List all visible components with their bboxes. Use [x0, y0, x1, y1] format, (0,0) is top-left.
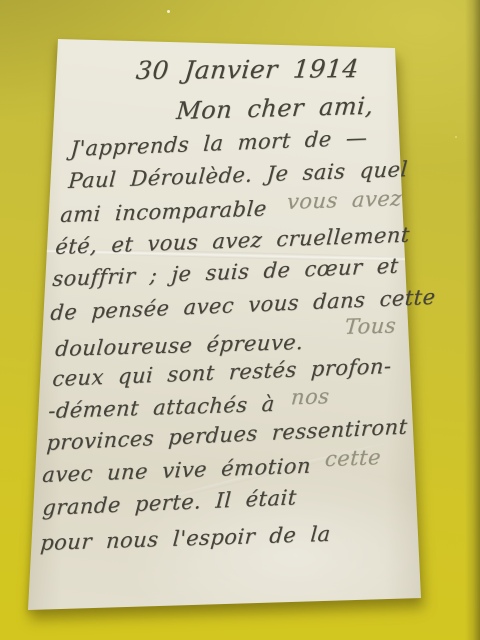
letter-date: 30 Janvier 1914 — [136, 54, 359, 85]
ink-word: avec une vive émotion — [42, 454, 312, 487]
ink-word: ami incomparable — [59, 196, 267, 227]
ink-word: grande perte. Il était — [42, 485, 298, 520]
pencil-word: nos — [290, 384, 330, 409]
ink-word: Mon cher ami, — [175, 92, 374, 125]
photo-of-handwritten-letter: 30 Janvier 1914 Mon cher ami, J'apprends… — [0, 0, 480, 640]
letter-line: pour nous l'espoir de la — [40, 522, 331, 555]
pencil-word: Tous — [344, 313, 397, 338]
ink-word: douloureuse épreuve. — [54, 330, 304, 361]
letter-line: grande perte. Il était — [42, 485, 297, 520]
letter-line: J'apprends la mort de — — [70, 126, 368, 161]
letter-line: -dément attachés ànos — [48, 390, 330, 423]
letter-line: avec une vive émotioncette — [42, 451, 381, 487]
ink-word: -dément attachés à — [47, 392, 275, 423]
letter-line: ami incomparablevous avez — [60, 192, 402, 227]
ink-word: été, et vous avez cruellement — [55, 223, 411, 259]
letter-line: souffrir ; je suis de cœur et — [52, 254, 399, 291]
letter-line: été, et vous avez cruellement — [55, 223, 410, 259]
ink-word: pour nous l'espoir de la — [39, 522, 331, 555]
letter-salutation: Mon cher ami, — [176, 92, 374, 125]
pencil-word: vous avez — [286, 186, 403, 214]
letter-text: 30 Janvier 1914 Mon cher ami, J'apprends… — [0, 0, 480, 640]
pencil-word: cette — [324, 445, 382, 471]
ink-word: souffrir ; je suis de cœur et — [52, 254, 400, 291]
ink-word: J'apprends la mort de — — [70, 126, 369, 161]
ink-word: 30 Janvier 1914 — [135, 54, 361, 85]
